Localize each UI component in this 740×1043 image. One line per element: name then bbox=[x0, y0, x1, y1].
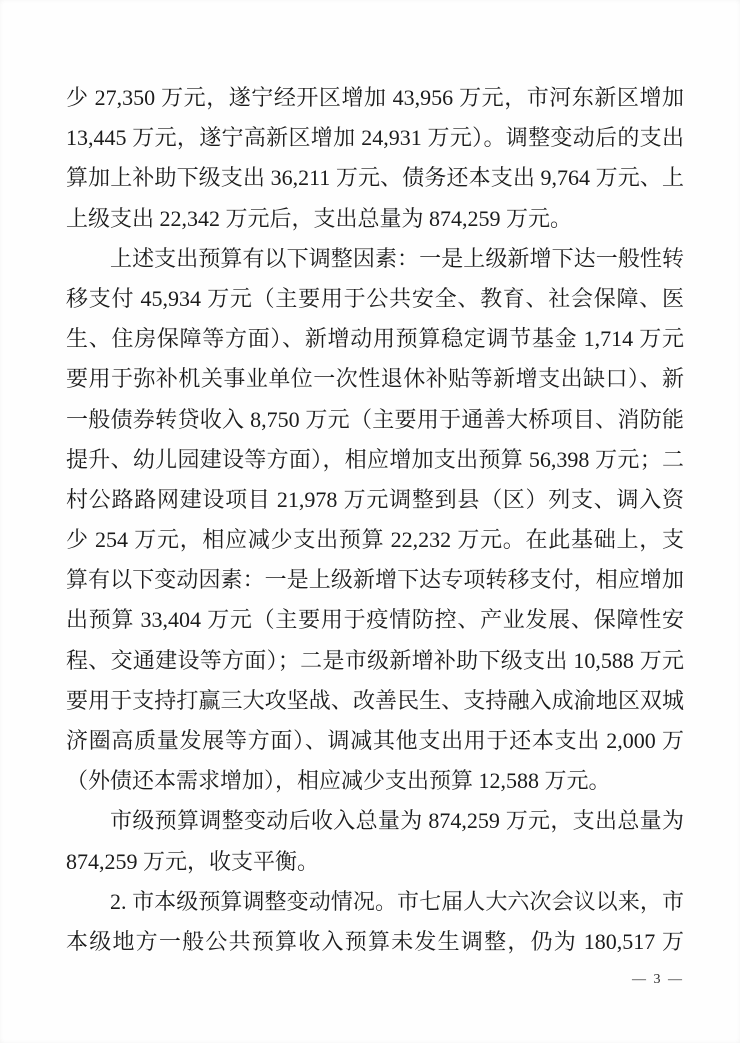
text-line: 市级预算调整变动后收入总量为 874,259 万元，支出总量为 bbox=[66, 801, 684, 841]
text-line: 算加上补助下级支出 36,211 万元、债务还本支出 9,764 万元、上解 bbox=[66, 158, 684, 198]
document-body: 少 27,350 万元，遂宁经开区增加 43,956 万元，市河东新区增加 13… bbox=[66, 78, 684, 962]
text-line: 少 27,350 万元，遂宁经开区增加 43,956 万元，市河东新区增加 bbox=[66, 78, 684, 118]
text-line: 要用于支持打赢三大攻坚战、改善民生、支持融入成渝地区双城经 bbox=[66, 681, 684, 721]
page-number: — 3 — bbox=[632, 972, 684, 988]
text-line: 算有以下变动因素：一是上级新增下达专项转移支付，相应增加支 bbox=[66, 560, 684, 600]
text-line: 上级支出 22,342 万元后，支出总量为 874,259 万元。 bbox=[66, 199, 684, 239]
text-line: 村公路路网建设项目 21,978 万元调整到县（区）列支、调入资金减 bbox=[66, 480, 684, 520]
text-line: 程、交通建设等方面）；二是市级新增补助下级支出 10,588 万元（主 bbox=[66, 641, 684, 681]
text-line: 13,445 万元，遂宁高新区增加 24,931 万元）。调整变动后的支出预 bbox=[66, 118, 684, 158]
text-line: 少 254 万元，相应减少支出预算 22,232 万元。在此基础上，支出预 bbox=[66, 520, 684, 560]
text-line: 提升、幼儿园建设等方面），相应增加支出预算 56,398 万元；二是农 bbox=[66, 440, 684, 480]
text-line: 上述支出预算有以下调整因素：一是上级新增下达一般性转 bbox=[66, 239, 684, 279]
text-line: 济圈高质量发展等方面）、调减其他支出用于还本支出 2,000 万元 bbox=[66, 721, 684, 761]
text-line: （外债还本需求增加），相应减少支出预算 12,588 万元。 bbox=[66, 761, 684, 801]
text-line: 移支付 45,934 万元（主要用于公共安全、教育、社会保障、医疗卫 bbox=[66, 279, 684, 319]
text-line: 本级地方一般公共预算收入预算未发生调整，仍为 180,517 万元。 bbox=[66, 922, 684, 962]
text-line: 2. 市本级预算调整变动情况。市七届人大六次会议以来，市 bbox=[66, 882, 684, 922]
text-line: 出预算 33,404 万元（主要用于疫情防控、产业发展、保障性安居工 bbox=[66, 600, 684, 640]
text-line: 一般债券转贷收入 8,750 万元（主要用于通善大桥项目、消防能力 bbox=[66, 400, 684, 440]
text-line: 要用于弥补机关事业单位一次性退休补贴等新增支出缺口）、新增 bbox=[66, 359, 684, 399]
document-page: 少 27,350 万元，遂宁经开区增加 43,956 万元，市河东新区增加 13… bbox=[0, 0, 740, 1043]
text-line: 生、住房保障等方面）、新增动用预算稳定调节基金 1,714 万元（主 bbox=[66, 319, 684, 359]
text-line: 874,259 万元，收支平衡。 bbox=[66, 842, 684, 882]
